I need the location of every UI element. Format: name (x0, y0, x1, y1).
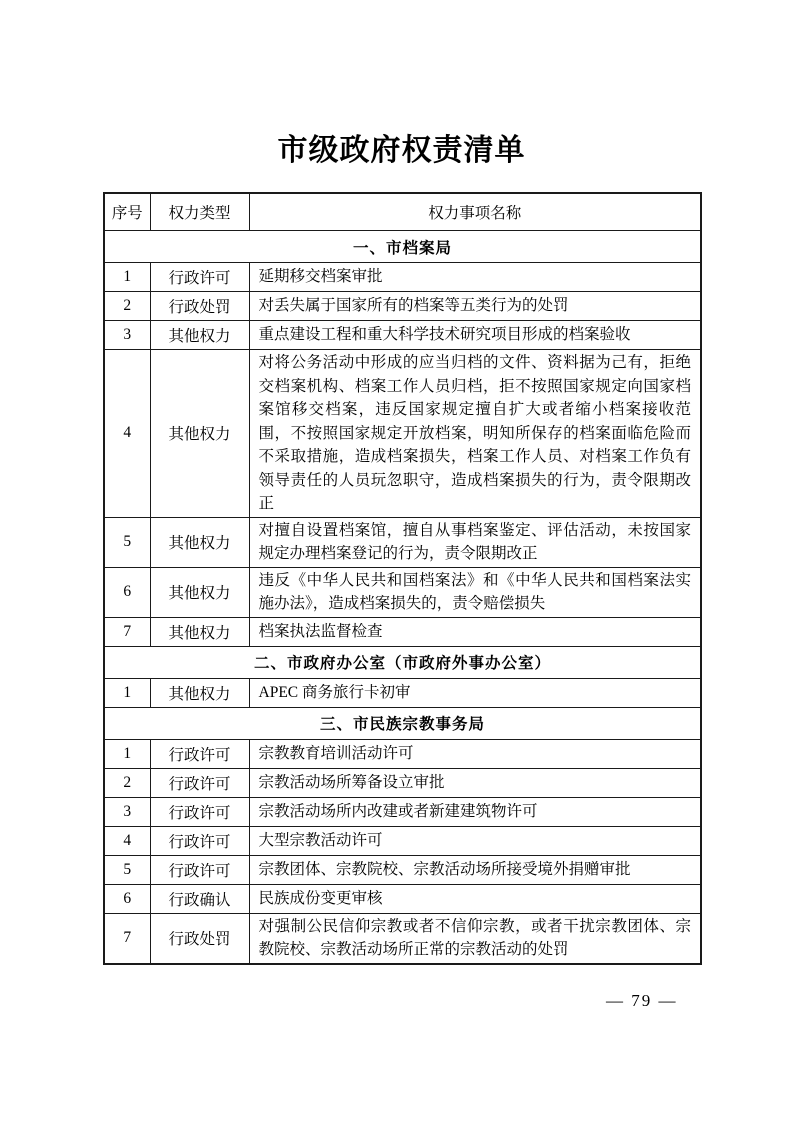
cell-serial-no: 6 (104, 884, 150, 913)
cell-power-type: 行政许可 (150, 768, 249, 797)
cell-serial-no: 5 (104, 517, 150, 567)
table-row: 4其他权力对将公务活动中形成的应当归档的文件、资料据为己有，拒绝交档案机构、档案… (104, 350, 701, 518)
cell-power-item-name: 对强制公民信仰宗教或者不信仰宗教，或者干扰宗教团体、宗教院校、宗教活动场所正常的… (249, 913, 701, 964)
cell-power-type: 行政许可 (150, 855, 249, 884)
cell-serial-no: 4 (104, 826, 150, 855)
section-title: 二、市政府办公室（市政府外事办公室） (104, 646, 701, 678)
cell-power-type: 其他权力 (150, 517, 249, 567)
cell-power-type: 其他权力 (150, 678, 249, 707)
table-row: 4行政许可大型宗教活动许可 (104, 826, 701, 855)
cell-power-item-name: 重点建设工程和重大科学技术研究项目形成的档案验收 (249, 321, 701, 350)
section-title: 三、市民族宗教事务局 (104, 707, 701, 739)
cell-power-item-name: 违反《中华人民共和国档案法》和《中华人民共和国档案法实施办法》，造成档案损失的，… (249, 567, 701, 617)
cell-power-item-name: 宗教活动场所内改建或者新建建筑物许可 (249, 797, 701, 826)
cell-power-item-name: 宗教团体、宗教院校、宗教活动场所接受境外捐赠审批 (249, 855, 701, 884)
cell-serial-no: 4 (104, 350, 150, 518)
cell-power-type: 其他权力 (150, 567, 249, 617)
header-cell-power-item-name: 权力事项名称 (249, 193, 701, 231)
table-row: 5行政许可宗教团体、宗教院校、宗教活动场所接受境外捐赠审批 (104, 855, 701, 884)
cell-power-type: 行政许可 (150, 797, 249, 826)
table-row: 1行政许可宗教教育培训活动许可 (104, 739, 701, 768)
section-header-row: 一、市档案局 (104, 231, 701, 263)
cell-power-item-name: 对将公务活动中形成的应当归档的文件、资料据为己有，拒绝交档案机构、档案工作人员归… (249, 350, 701, 518)
cell-power-item-name: 宗教活动场所筹备设立审批 (249, 768, 701, 797)
cell-power-item-name: 宗教教育培训活动许可 (249, 739, 701, 768)
cell-power-type: 行政许可 (150, 826, 249, 855)
cell-power-item-name: 对丢失属于国家所有的档案等五类行为的处罚 (249, 292, 701, 321)
power-table-body: 一、市档案局1行政许可延期移交档案审批2行政处罚对丢失属于国家所有的档案等五类行… (104, 231, 701, 964)
table-row: 7行政处罚对强制公民信仰宗教或者不信仰宗教，或者干扰宗教团体、宗教院校、宗教活动… (104, 913, 701, 964)
cell-serial-no: 3 (104, 321, 150, 350)
table-header-row: 序号 权力类型 权力事项名称 (104, 193, 701, 231)
section-header-row: 三、市民族宗教事务局 (104, 707, 701, 739)
cell-serial-no: 1 (104, 739, 150, 768)
table-row: 2行政许可宗教活动场所筹备设立审批 (104, 768, 701, 797)
cell-serial-no: 6 (104, 567, 150, 617)
cell-serial-no: 1 (104, 678, 150, 707)
table-header: 序号 权力类型 权力事项名称 (104, 193, 701, 231)
cell-serial-no: 2 (104, 292, 150, 321)
cell-power-item-name: 对擅自设置档案馆，擅自从事档案鉴定、评估活动，未按国家规定办理档案登记的行为，责… (249, 517, 701, 567)
cell-power-type: 行政确认 (150, 884, 249, 913)
table-row: 7其他权力档案执法监督检查 (104, 617, 701, 646)
cell-power-type: 其他权力 (150, 350, 249, 518)
cell-power-item-name: 延期移交档案审批 (249, 263, 701, 292)
cell-serial-no: 5 (104, 855, 150, 884)
table-row: 6其他权力违反《中华人民共和国档案法》和《中华人民共和国档案法实施办法》，造成档… (104, 567, 701, 617)
cell-power-item-name: 民族成份变更审核 (249, 884, 701, 913)
cell-power-item-name: 档案执法监督检查 (249, 617, 701, 646)
power-list-table: 序号 权力类型 权力事项名称 一、市档案局1行政许可延期移交档案审批2行政处罚对… (103, 192, 702, 965)
table-row: 2行政处罚对丢失属于国家所有的档案等五类行为的处罚 (104, 292, 701, 321)
cell-power-item-name: 大型宗教活动许可 (249, 826, 701, 855)
header-cell-serial-no: 序号 (104, 193, 150, 231)
page-title: 市级政府权责清单 (103, 0, 700, 167)
cell-serial-no: 7 (104, 913, 150, 964)
table-row: 3其他权力重点建设工程和重大科学技术研究项目形成的档案验收 (104, 321, 701, 350)
document-page: 市级政府权责清单 序号 权力类型 权力事项名称 一、市档案局1行政许可延期移交档… (0, 0, 793, 1122)
cell-power-type: 其他权力 (150, 617, 249, 646)
cell-power-item-name: APEC 商务旅行卡初审 (249, 678, 701, 707)
section-title: 一、市档案局 (104, 231, 701, 263)
table-row: 6行政确认民族成份变更审核 (104, 884, 701, 913)
table-row: 3行政许可宗教活动场所内改建或者新建建筑物许可 (104, 797, 701, 826)
cell-serial-no: 7 (104, 617, 150, 646)
cell-power-type: 其他权力 (150, 321, 249, 350)
cell-serial-no: 3 (104, 797, 150, 826)
header-cell-power-type: 权力类型 (150, 193, 249, 231)
cell-power-type: 行政处罚 (150, 292, 249, 321)
cell-power-type: 行政许可 (150, 263, 249, 292)
table-row: 5其他权力对擅自设置档案馆，擅自从事档案鉴定、评估活动，未按国家规定办理档案登记… (104, 517, 701, 567)
page-number: — 79 — (606, 991, 678, 1011)
cell-power-type: 行政许可 (150, 739, 249, 768)
cell-serial-no: 1 (104, 263, 150, 292)
cell-power-type: 行政处罚 (150, 913, 249, 964)
table-row: 1其他权力APEC 商务旅行卡初审 (104, 678, 701, 707)
cell-serial-no: 2 (104, 768, 150, 797)
table-row: 1行政许可延期移交档案审批 (104, 263, 701, 292)
section-header-row: 二、市政府办公室（市政府外事办公室） (104, 646, 701, 678)
